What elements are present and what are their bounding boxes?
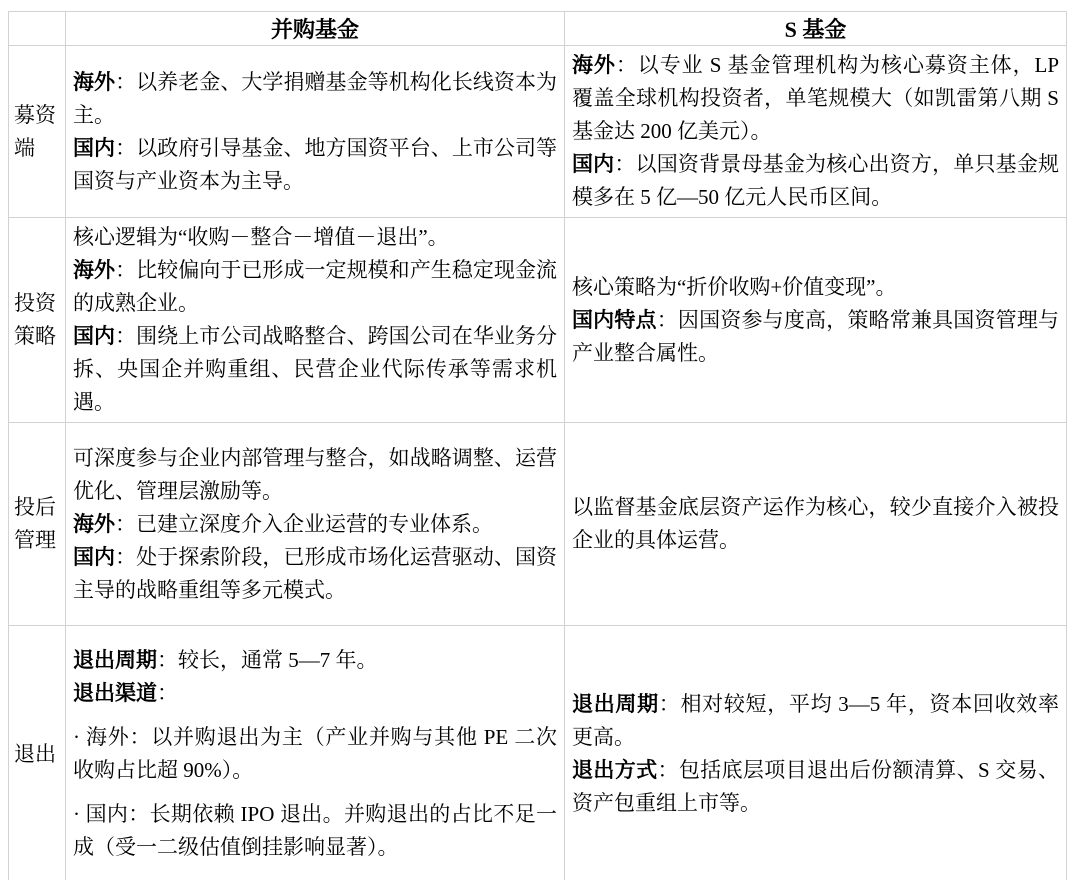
- row-label-investment-strategy: 投资策略: [9, 218, 66, 423]
- cell-strategy-buyout: 核心逻辑为“收购－整合－增值－退出”。海外：比较偏向于已形成一定规模和产生稳定现…: [66, 218, 565, 423]
- row-label-post-investment: 投后管理: [9, 423, 66, 626]
- cell-postinvest-buyout: 可深度参与企业内部管理与整合，如战略调整、运营优化、管理层激励等。海外：已建立深…: [66, 423, 565, 626]
- table-row-investment-strategy: 投资策略 核心逻辑为“收购－整合－增值－退出”。海外：比较偏向于已形成一定规模和…: [9, 218, 1067, 423]
- fund-comparison-table: 并购基金 S 基金 募资端 海外：以养老金、大学捐赠基金等机构化长线资本为主。国…: [8, 11, 1067, 880]
- cell-postinvest-sfund: 以监督基金底层资产运作为核心，较少直接介入被投企业的具体运营。: [565, 423, 1067, 626]
- column-header-buyout-fund: 并购基金: [66, 12, 565, 46]
- table-header-row: 并购基金 S 基金: [9, 12, 1067, 46]
- table-row-post-investment: 投后管理 可深度参与企业内部管理与整合，如战略调整、运营优化、管理层激励等。海外…: [9, 423, 1067, 626]
- cell-exit-buyout: 退出周期：较长，通常 5—7 年。退出渠道：· 海外：以并购退出为主（产业并购与…: [66, 626, 565, 880]
- row-label-exit: 退出: [9, 626, 66, 880]
- table-row-fundraising: 募资端 海外：以养老金、大学捐赠基金等机构化长线资本为主。国内：以政府引导基金、…: [9, 46, 1067, 218]
- corner-cell: [9, 12, 66, 46]
- cell-fundraising-buyout: 海外：以养老金、大学捐赠基金等机构化长线资本为主。国内：以政府引导基金、地方国资…: [66, 46, 565, 218]
- column-header-s-fund: S 基金: [565, 12, 1067, 46]
- cell-exit-sfund: 退出周期：相对较短，平均 3—5 年，资本回收效率更高。退出方式：包括底层项目退…: [565, 626, 1067, 880]
- table-row-exit: 退出 退出周期：较长，通常 5—7 年。退出渠道：· 海外：以并购退出为主（产业…: [9, 626, 1067, 880]
- row-label-fundraising: 募资端: [9, 46, 66, 218]
- cell-strategy-sfund: 核心策略为“折价收购+价值变现”。国内特点：因国资参与度高，策略常兼具国资管理与…: [565, 218, 1067, 423]
- cell-fundraising-sfund: 海外：以专业 S 基金管理机构为核心募资主体，LP 覆盖全球机构投资者，单笔规模…: [565, 46, 1067, 218]
